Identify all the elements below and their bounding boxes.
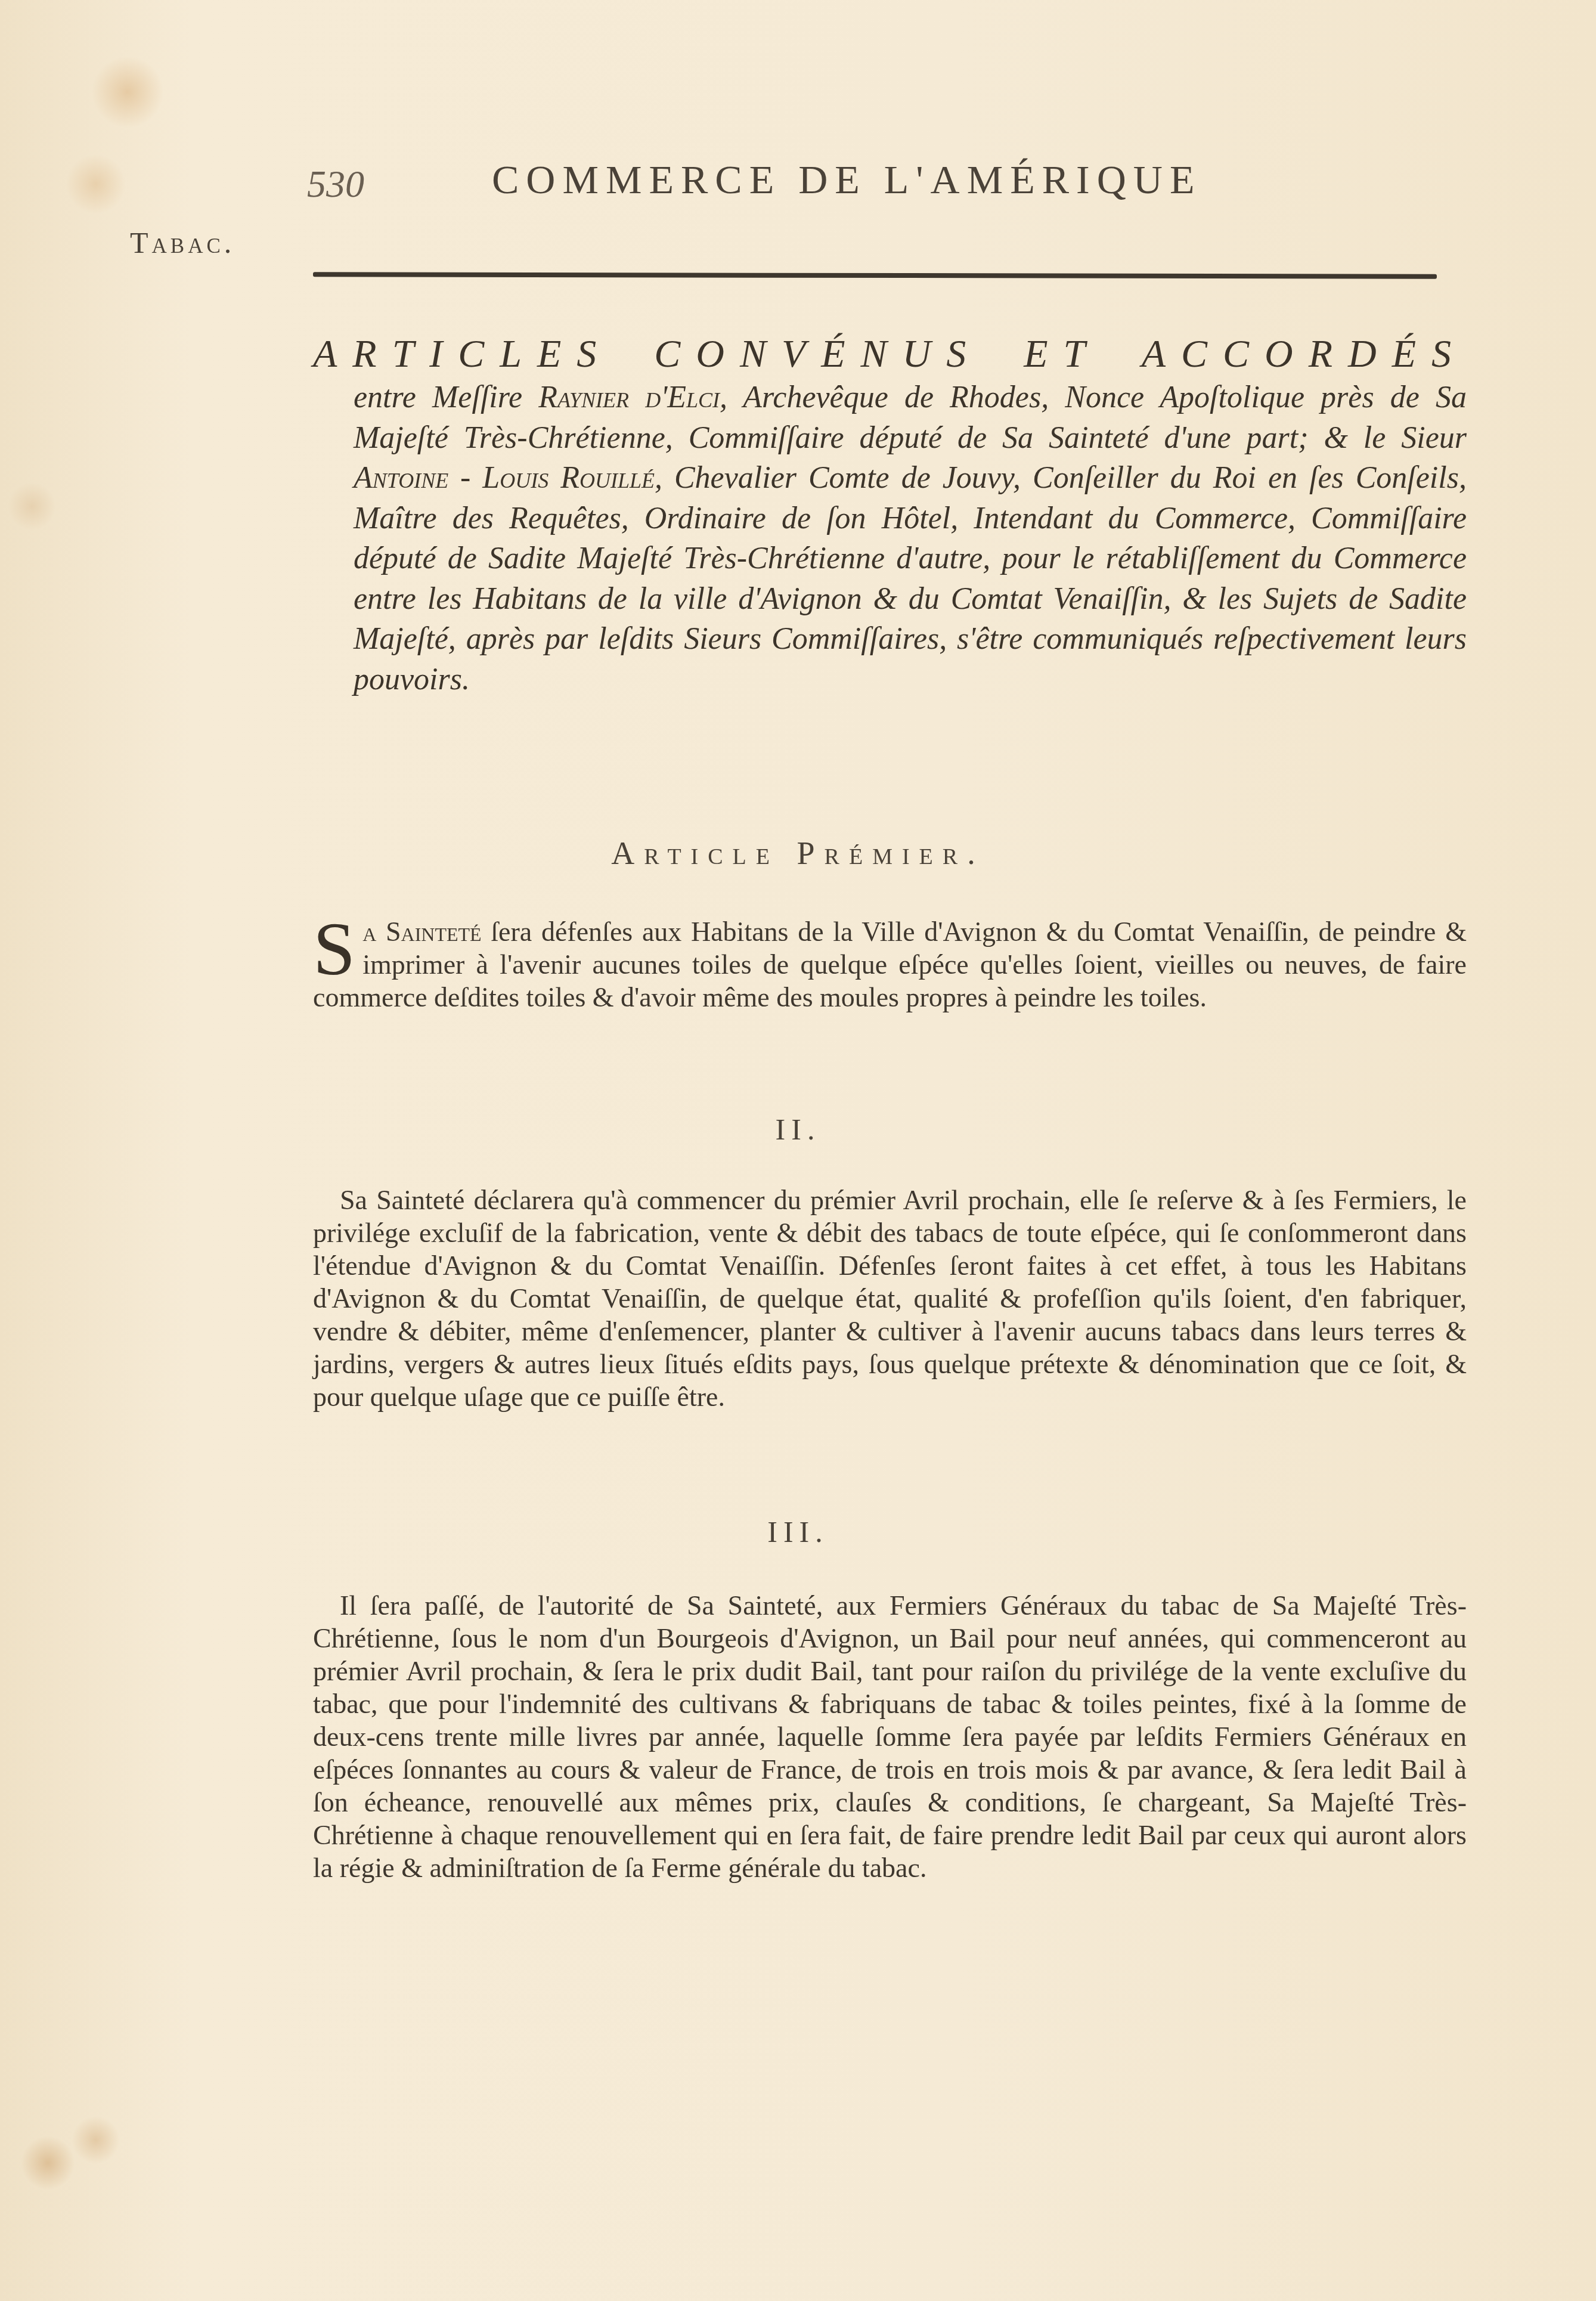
preamble: ARTICLES CONVÉNUS ET ACCORDÉS entre Meſſ… bbox=[313, 331, 1467, 699]
article-2-body: Sa Sainteté déclarera qu'à commencer du … bbox=[313, 1184, 1467, 1413]
article-2-heading: II. bbox=[0, 1112, 1596, 1147]
name-raynier: Raynier d'Elci bbox=[538, 380, 720, 414]
running-title: COMMERCE DE L'AMÉRIQUE bbox=[492, 156, 1201, 203]
article-1-lead: a Sainteté bbox=[362, 916, 481, 947]
name-rouille: Antoine - Louis Rouillé bbox=[354, 461, 655, 495]
preamble-title: ARTICLES CONVÉNUS ET ACCORDÉS bbox=[313, 331, 1467, 377]
preamble-text-3: , Chevalier Comte de Jouvy, Conſeiller d… bbox=[354, 461, 1467, 696]
preamble-text-1: entre Meſſire bbox=[354, 380, 538, 414]
article-1-body: Sa Sainteté ſera défenſes aux Habitans d… bbox=[313, 915, 1467, 1014]
article-3-heading: III. bbox=[0, 1515, 1596, 1549]
preamble-text: entre Meſſire Raynier d'Elci, Archevêque… bbox=[313, 377, 1467, 699]
article-1-text: ſera défenſes aux Habitans de la Ville d… bbox=[313, 916, 1467, 1012]
page-number: 530 bbox=[307, 162, 364, 206]
article-3-text: Il ſera paſſé, de l'autorité de Sa Saint… bbox=[313, 1590, 1467, 1883]
margin-note: Tabac. bbox=[130, 225, 235, 260]
document-page: 530 COMMERCE DE L'AMÉRIQUE Tabac. ARTICL… bbox=[0, 0, 1596, 2301]
article-2-text: Sa Sainteté déclarera qu'à commencer du … bbox=[313, 1185, 1467, 1412]
article-3-body: Il ſera paſſé, de l'autorité de Sa Saint… bbox=[313, 1589, 1467, 1884]
article-1-heading: Article Prémier. bbox=[0, 835, 1596, 872]
header-rule bbox=[313, 272, 1437, 278]
drop-cap: S bbox=[313, 919, 355, 978]
